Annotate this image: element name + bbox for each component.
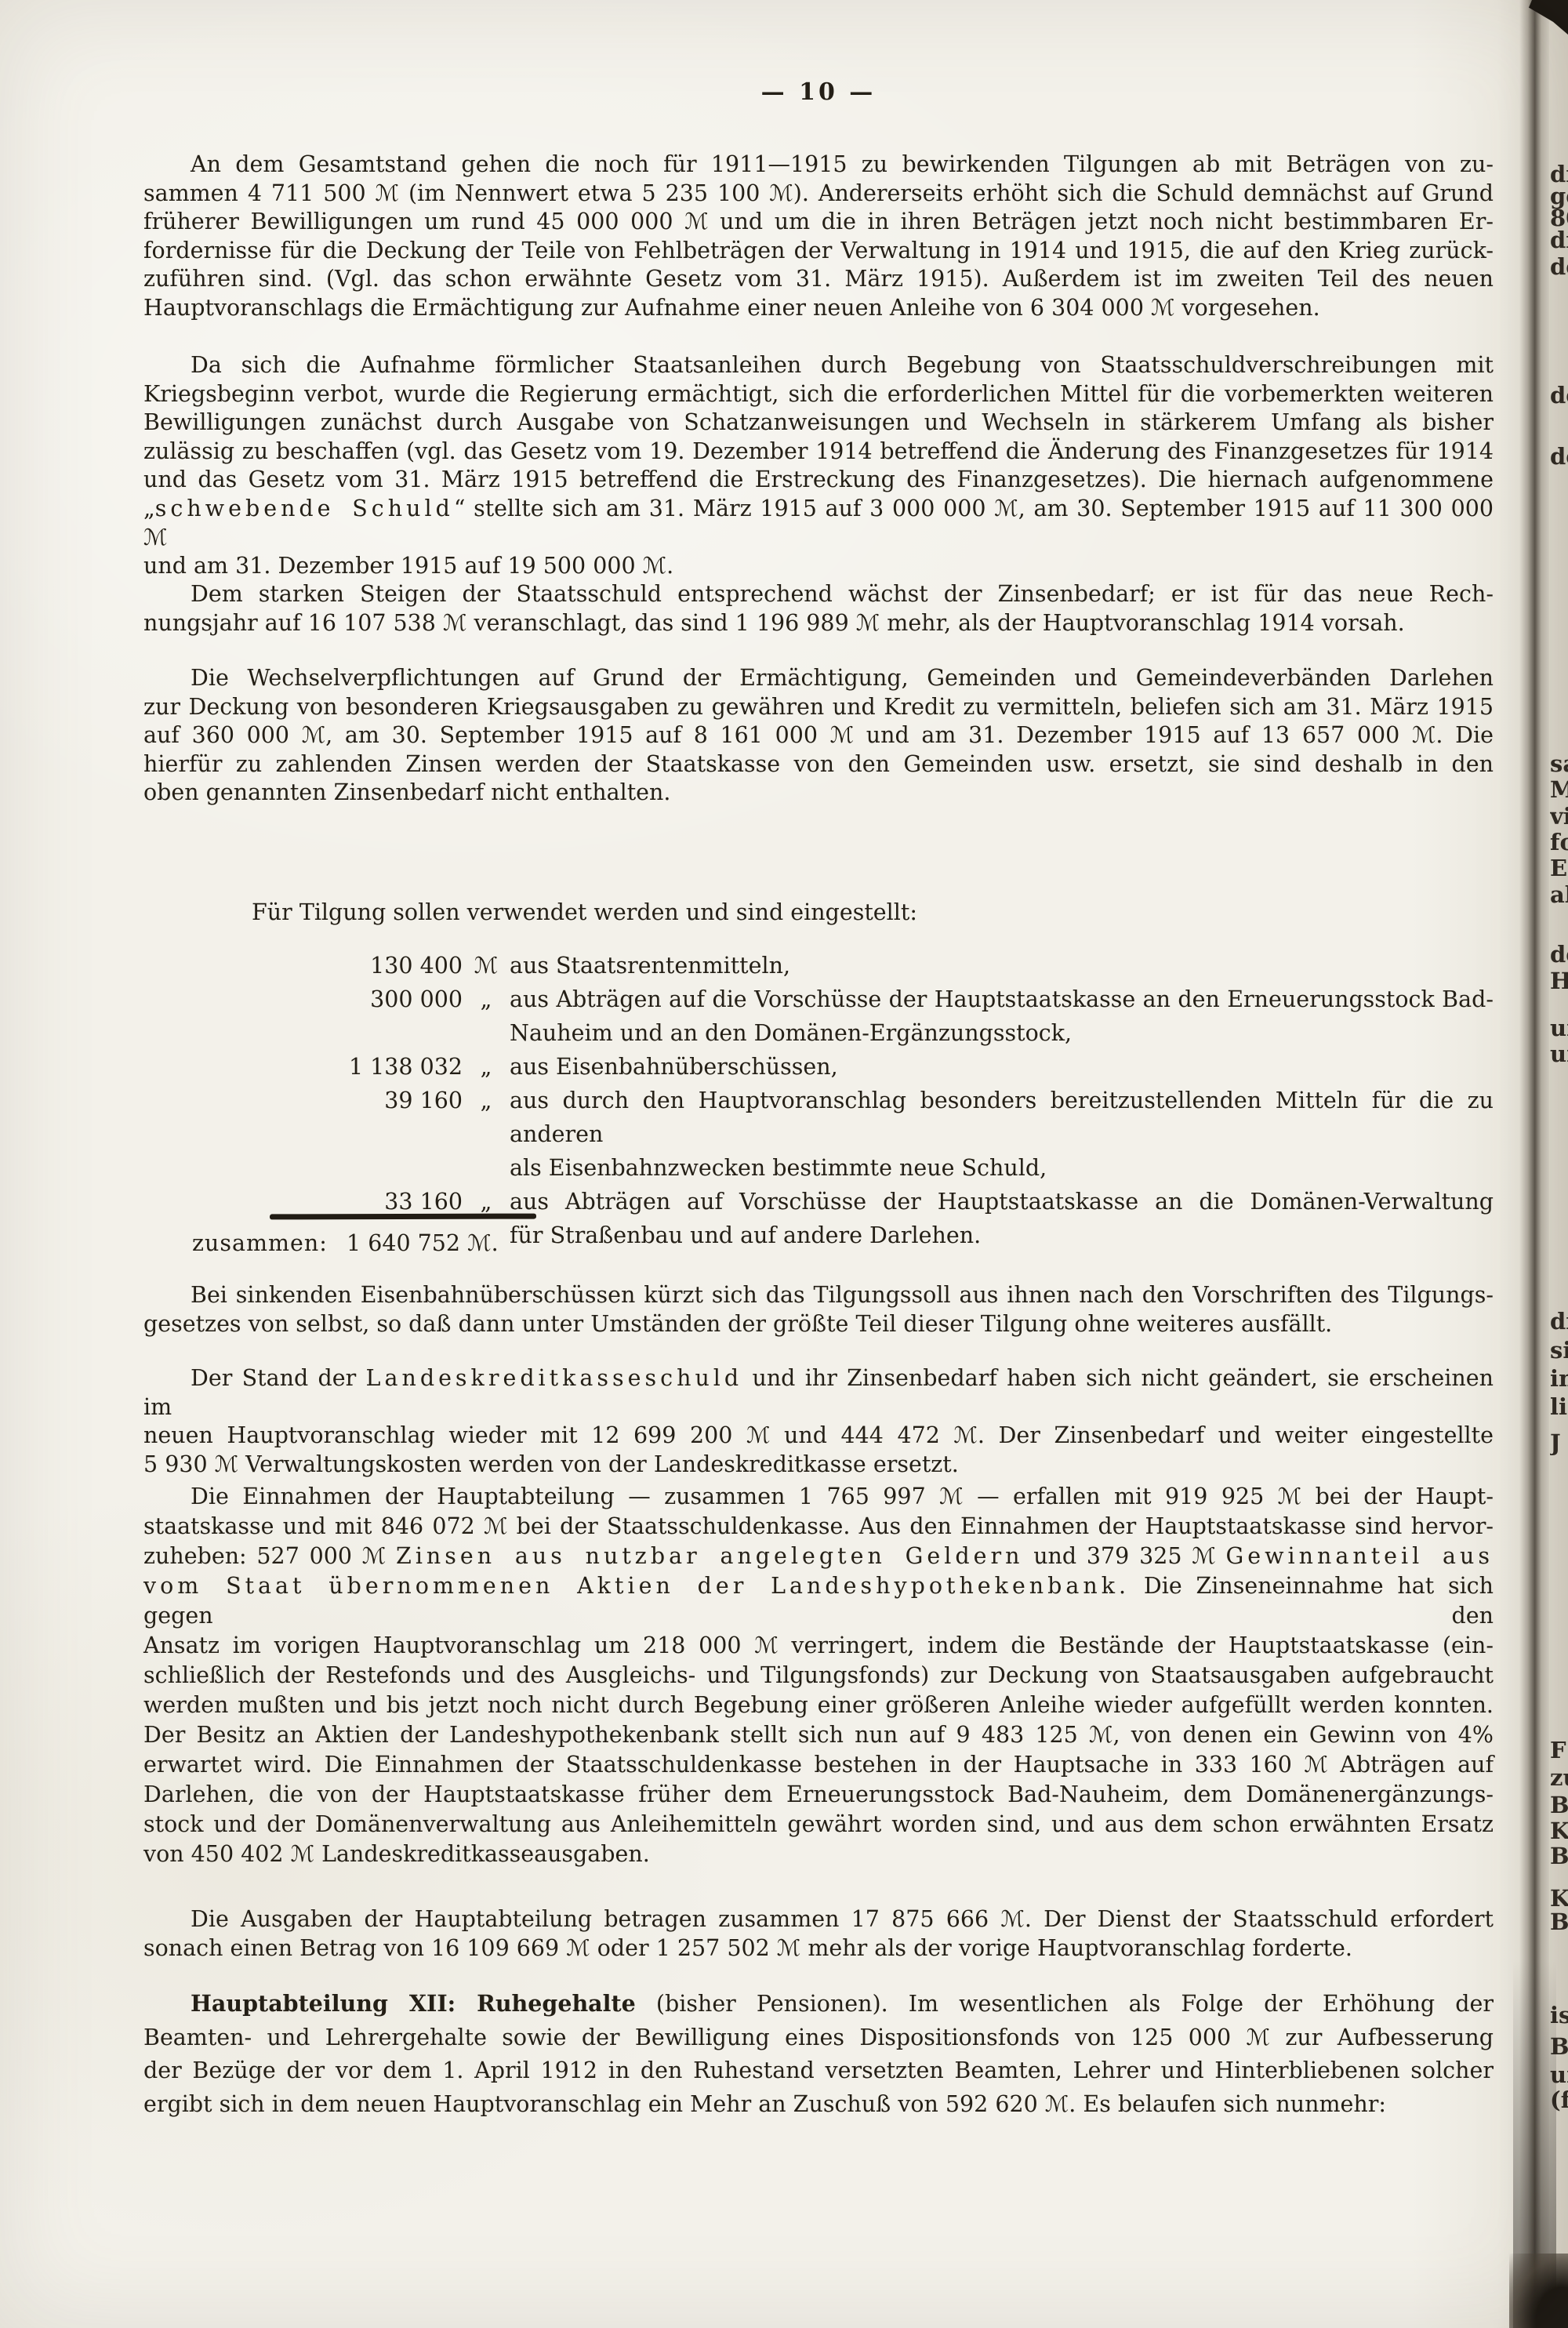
- tilgung-list-item: 1 138 032„aus Eisenbahnüberschüssen,: [143, 1050, 1494, 1084]
- edge-text-fragment: B: [1550, 1909, 1568, 1935]
- currency-mark: „: [463, 1084, 510, 1117]
- text-line: Für Tilgung sollen verwendet werden und …: [143, 899, 1494, 928]
- text-line: staatskasse und mit 846 072 ℳ bei der St…: [143, 1512, 1494, 1542]
- text-line: und am 31. Dezember 1915 auf 19 500 000 …: [143, 552, 1494, 581]
- text-line: aus Eisenbahnüberschüssen,: [510, 1050, 1494, 1084]
- text-line: aus Abträgen auf Vorschüsse der Hauptsta…: [510, 1185, 1494, 1218]
- text-line: schließlich der Restefonds und des Ausgl…: [143, 1661, 1494, 1691]
- text-line: gesetzes von selbst, so daß dann unter U…: [143, 1310, 1494, 1339]
- text-segment: An dem Gesamtstand gehen die noch für 19…: [191, 151, 1494, 177]
- text-segment: auf 360 000 ℳ, am 30. September 1915 auf…: [143, 722, 1494, 748]
- text-segment: erwartet wird. Die Einnahmen der Staatss…: [143, 1752, 1494, 1778]
- text-segment: Dem starken Steigen der Staatsschuld ent…: [191, 581, 1494, 607]
- text-line: aus durch den Hauptvoranschlag besonders…: [510, 1084, 1494, 1151]
- text-segment: früherer Bewilligungen um rund 45 000 00…: [143, 209, 1494, 234]
- text-segment: und am 31. Dezember 1915 auf 19 500 000 …: [143, 553, 673, 579]
- text-segment: aus Abträgen auf Vorschüsse der Hauptsta…: [510, 1189, 1494, 1215]
- emphasized-text: Landeskreditkasseschuld: [366, 1365, 743, 1391]
- text-line: Hauptvoranschlags die Ermächtigung zur A…: [143, 294, 1494, 323]
- amount: 1 138 032: [143, 1050, 463, 1084]
- text-line: ergibt sich in dem neuen Hauptvoranschla…: [143, 2088, 1494, 2122]
- text-line: zuführen sind. (Vgl. das schon erwähnte …: [143, 265, 1494, 294]
- paragraph-staatsanleihen: Da sich die Aufnahme förmlicher Staatsan…: [143, 351, 1494, 581]
- text-segment: aus Staatsrentenmitteln,: [510, 953, 790, 979]
- binding-ink-mark-bottom: [1509, 2254, 1568, 2328]
- edge-text-fragment: un: [1550, 2061, 1568, 2088]
- text-line: Der Stand der Landeskreditkasseschuld un…: [143, 1364, 1494, 1422]
- text-line: Bei sinkenden Eisenbahnüberschüssen kürz…: [143, 1281, 1494, 1310]
- emphasized-text: Zinsen aus nutzbar angelegten Geldern: [396, 1543, 1023, 1569]
- amount: 39 160: [143, 1084, 463, 1117]
- emphasized-text: vom Staat übernommenen Aktien der Landes…: [143, 1573, 1130, 1599]
- text-line: Die Wechselverpflichtungen auf Grund der…: [143, 664, 1494, 693]
- text-segment: schließlich der Restefonds und des Ausgl…: [143, 1662, 1494, 1688]
- text-line: An dem Gesamtstand gehen die noch für 19…: [143, 151, 1494, 180]
- item-text: aus durch den Hauptvoranschlag besonders…: [510, 1084, 1494, 1185]
- text-segment: Nauheim und an den Domänen-Ergänzungssto…: [510, 1020, 1072, 1046]
- edge-text-fragment: de: [1550, 941, 1568, 968]
- item-text: aus Eisenbahnüberschüssen,: [510, 1050, 1494, 1084]
- text-segment: zulässig zu beschaffen (vgl. das Gesetz …: [143, 438, 1494, 464]
- edge-text-fragment: B: [1550, 1792, 1568, 1818]
- text-line: Darlehen, die von der Hauptstaatskasse f…: [143, 1780, 1494, 1810]
- text-segment: Hauptvoranschlags die Ermächtigung zur A…: [143, 295, 1320, 321]
- text-segment: oben genannten Zinsenbedarf nicht enthal…: [143, 779, 670, 805]
- edge-text-fragment: al: [1550, 881, 1568, 908]
- text-segment: aus Eisenbahnüberschüssen,: [510, 1054, 838, 1080]
- text-line: Ansatz im vorigen Hauptvoranschlag um 21…: [143, 1631, 1494, 1661]
- text-segment: staatskasse und mit 846 072 ℳ bei der St…: [143, 1513, 1494, 1539]
- text-line: stock und der Domänenverwaltung aus Anle…: [143, 1810, 1494, 1840]
- text-segment: „: [143, 496, 155, 521]
- text-segment: Bei sinkenden Eisenbahnüberschüssen kürz…: [191, 1282, 1494, 1308]
- edge-text-fragment: de: [1550, 253, 1568, 280]
- text-segment: sammen 4 711 500 ℳ (im Nennwert etwa 5 2…: [143, 180, 1494, 206]
- tilgung-intro: Für Tilgung sollen verwendet werden und …: [143, 899, 1494, 928]
- edge-text-fragment: B: [1550, 1843, 1568, 1869]
- text-segment: fordernisse für die Deckung der Teile vo…: [143, 238, 1494, 263]
- text-segment: zuheben: 527 000 ℳ: [143, 1543, 396, 1569]
- text-segment: der Bezüge der vor dem 1. April 1912 in …: [143, 2057, 1494, 2083]
- text-segment: stock und der Domänenverwaltung aus Anle…: [143, 1811, 1494, 1837]
- amount: 130 400: [143, 949, 463, 982]
- text-segment: Ansatz im vorigen Hauptvoranschlag um 21…: [143, 1633, 1494, 1658]
- edge-text-fragment: M: [1550, 776, 1568, 803]
- text-line: sammen 4 711 500 ℳ (im Nennwert etwa 5 2…: [143, 180, 1494, 209]
- tilgung-total-row: zusammen: 1 640 752 ℳ.: [143, 1228, 1494, 1259]
- edge-text-fragment: F: [1550, 1737, 1568, 1763]
- edge-text-fragment: un: [1550, 1015, 1568, 1041]
- text-line: früherer Bewilligungen um rund 45 000 00…: [143, 208, 1494, 237]
- text-line: Die Einnahmen der Hauptabteilung — zusam…: [143, 1482, 1494, 1512]
- sum-rule: [270, 1214, 536, 1220]
- edge-text-fragment: (f: [1550, 2086, 1568, 2113]
- bold-text: Hauptabteilung XII: Ruhegehalte: [191, 1990, 636, 2017]
- text-segment: hierfür zu zahlenden Zinsen werden der S…: [143, 751, 1494, 777]
- paragraph-gesamtstand: An dem Gesamtstand gehen die noch für 19…: [143, 151, 1494, 323]
- text-segment: Der Stand der: [191, 1365, 366, 1391]
- text-line: und das Gesetz vom 31. März 1915 betreff…: [143, 466, 1494, 495]
- text-line: aus Staatsrentenmitteln,: [510, 949, 1494, 982]
- edge-text-fragment: di: [1550, 227, 1568, 253]
- tilgung-list-item: 130 400ℳaus Staatsrentenmitteln,: [143, 949, 1494, 982]
- text-segment: von 450 402 ℳ Landeskreditkasseausgaben.: [143, 1841, 650, 1867]
- text-segment: Bewilligungen zunächst durch Ausgabe von…: [143, 409, 1494, 435]
- text-line: hierfür zu zahlenden Zinsen werden der S…: [143, 750, 1494, 779]
- amount: 300 000: [143, 982, 463, 1016]
- text-line: 5 930 ℳ Verwaltungskosten werden von der…: [143, 1451, 1494, 1480]
- text-line: Kriegsbeginn verbot, wurde die Regierung…: [143, 380, 1494, 409]
- text-segment: als Eisenbahnzwecken bestimmte neue Schu…: [510, 1155, 1047, 1181]
- text-segment: zuführen sind. (Vgl. das schon erwähnte …: [143, 266, 1494, 292]
- edge-text-fragment: sa: [1550, 750, 1568, 777]
- text-segment: nungsjahr auf 16 107 538 ℳ veranschlagt,…: [143, 610, 1405, 636]
- text-line: erwartet wird. Die Einnahmen der Staatss…: [143, 1750, 1494, 1780]
- edge-text-fragment: K: [1550, 1818, 1568, 1844]
- text-segment: sonach einen Betrag von 16 109 669 ℳ ode…: [143, 1935, 1352, 1961]
- text-segment: Da sich die Aufnahme förmlicher Staatsan…: [191, 352, 1494, 378]
- paragraph-zinsenbedarf: Dem starken Steigen der Staatsschuld ent…: [143, 580, 1494, 637]
- tilgung-list: 130 400ℳaus Staatsrentenmitteln,300 000„…: [143, 949, 1494, 1252]
- item-text: aus Abträgen auf die Vorschüsse der Haup…: [510, 982, 1494, 1050]
- text-segment: aus durch den Hauptvoranschlag besonders…: [510, 1088, 1494, 1147]
- text-line: auf 360 000 ℳ, am 30. September 1915 auf…: [143, 721, 1494, 750]
- page-number: — 10 —: [143, 78, 1494, 106]
- edge-text-fragment: de: [1550, 443, 1568, 470]
- text-line: Bewilligungen zunächst durch Ausgabe von…: [143, 409, 1494, 438]
- text-segment: Die Wechselverpflichtungen auf Grund der…: [191, 665, 1494, 691]
- text-segment: ergibt sich in dem neuen Hauptvoranschla…: [143, 2091, 1386, 2117]
- edge-text-fragment: E: [1550, 855, 1568, 881]
- paragraph-ausgaben: Die Ausgaben der Hauptabteilung betragen…: [143, 1905, 1494, 1963]
- text-segment: 5 930 ℳ Verwaltungskosten werden von der…: [143, 1451, 959, 1477]
- page-fold-shadow: [1519, 0, 1549, 2328]
- text-segment: gesetzes von selbst, so daß dann unter U…: [143, 1311, 1332, 1337]
- edge-text-fragment: K: [1550, 1885, 1568, 1912]
- currency-mark: „: [463, 982, 510, 1016]
- text-segment: und 379 325 ℳ: [1023, 1543, 1225, 1569]
- text-line: zur Deckung von besonderen Kriegsausgabe…: [143, 693, 1494, 722]
- text-line: Der Besitz an Aktien der Landeshypotheke…: [143, 1720, 1494, 1750]
- text-segment: Für Tilgung sollen verwendet werden und …: [252, 899, 917, 925]
- text-segment: werden mußten und bis jetzt noch nicht d…: [143, 1692, 1494, 1718]
- paragraph-landeskreditkasse: Der Stand der Landeskreditkasseschuld un…: [143, 1364, 1494, 1479]
- edge-text-fragment: de: [1550, 382, 1568, 409]
- text-line: aus Abträgen auf die Vorschüsse der Haup…: [510, 982, 1494, 1016]
- text-line: fordernisse für die Deckung der Teile vo…: [143, 237, 1494, 266]
- text-line: von 450 402 ℳ Landeskreditkasseausgaben.: [143, 1840, 1494, 1869]
- edge-text-fragment: J: [1550, 1429, 1568, 1456]
- text-segment: Kriegsbeginn verbot, wurde die Regierung…: [143, 381, 1494, 407]
- total-label: zusammen:: [192, 1230, 328, 1256]
- paragraph-wechselverpflichtungen: Die Wechselverpflichtungen auf Grund der…: [143, 664, 1494, 808]
- edge-text-fragment: zu: [1550, 1764, 1568, 1791]
- total-amount: 1 640 752 ℳ.: [347, 1228, 499, 1259]
- text-segment: aus Abträgen auf die Vorschüsse der Haup…: [510, 986, 1494, 1012]
- tilgung-list-item: 39 160„aus durch den Hauptvoranschlag be…: [143, 1084, 1494, 1185]
- edge-text-fragment: un: [1550, 1041, 1568, 1067]
- tilgung-list-item: 300 000„aus Abträgen auf die Vorschüsse …: [143, 982, 1494, 1050]
- edge-text-fragment: ist: [1550, 2002, 1568, 2028]
- binding-ink-mark-top: [1529, 0, 1568, 38]
- text-segment: Der Besitz an Aktien der Landeshypotheke…: [143, 1722, 1494, 1748]
- text-line: oben genannten Zinsenbedarf nicht enthal…: [143, 779, 1494, 808]
- text-segment: und das Gesetz vom 31. März 1915 betreff…: [143, 467, 1494, 492]
- text-line: zuheben: 527 000 ℳ Zinsen aus nutzbar an…: [143, 1542, 1494, 1571]
- text-segment: Darlehen, die von der Hauptstaatskasse f…: [143, 1781, 1494, 1807]
- text-line: vom Staat übernommenen Aktien der Landes…: [143, 1571, 1494, 1631]
- text-segment: (bisher Pensionen). Im wesentlichen als …: [636, 1991, 1494, 2017]
- emphasized-text: schwebende Schuld: [155, 496, 454, 521]
- edge-text-fragment: in: [1550, 1365, 1568, 1392]
- text-line: zulässig zu beschaffen (vgl. das Gesetz …: [143, 438, 1494, 467]
- edge-text-fragment: B: [1550, 2033, 1568, 2060]
- text-segment: neuen Hauptvoranschlag wieder mit 12 699…: [143, 1422, 1494, 1448]
- text-line: werden mußten und bis jetzt noch nicht d…: [143, 1691, 1494, 1720]
- paragraph-hauptabteilung-xii: Hauptabteilung XII: Ruhegehalte (bisher …: [143, 1987, 1494, 2121]
- item-text: aus Staatsrentenmitteln,: [510, 949, 1494, 982]
- edge-text-fragment: si: [1550, 1337, 1568, 1364]
- edge-text-fragment: vi: [1550, 803, 1568, 830]
- paragraph-eisenbahnueberschuesse: Bei sinkenden Eisenbahnüberschüssen kürz…: [143, 1281, 1494, 1338]
- text-line: Da sich die Aufnahme förmlicher Staatsan…: [143, 351, 1494, 380]
- text-line: der Bezüge der vor dem 1. April 1912 in …: [143, 2054, 1494, 2088]
- text-line: Nauheim und an den Domänen-Ergänzungssto…: [510, 1016, 1494, 1050]
- text-line: sonach einen Betrag von 16 109 669 ℳ ode…: [143, 1934, 1494, 1963]
- text-segment: Die Einnahmen der Hauptabteilung — zusam…: [191, 1484, 1494, 1509]
- text-line: nungsjahr auf 16 107 538 ℳ veranschlagt,…: [143, 609, 1494, 638]
- currency-mark: ℳ: [463, 949, 510, 982]
- paragraph-einnahmen: Die Einnahmen der Hauptabteilung — zusam…: [143, 1482, 1494, 1869]
- text-line: Beamten- und Lehrergehalte sowie der Bew…: [143, 2021, 1494, 2055]
- text-line: Dem starken Steigen der Staatsschuld ent…: [143, 580, 1494, 609]
- text-line: Die Ausgaben der Hauptabteilung betragen…: [143, 1905, 1494, 1934]
- scanned-document-page: — 10 — An dem Gesamtstand gehen die noch…: [0, 0, 1568, 2328]
- text-line: neuen Hauptvoranschlag wieder mit 12 699…: [143, 1422, 1494, 1451]
- currency-mark: „: [463, 1050, 510, 1084]
- text-line: „schwebende Schuld“ stellte sich am 31. …: [143, 495, 1494, 552]
- edge-text-fragment: li: [1550, 1393, 1568, 1420]
- edge-text-fragment: fo: [1550, 829, 1568, 855]
- text-line: als Eisenbahnzwecken bestimmte neue Schu…: [510, 1151, 1494, 1185]
- text-line: Hauptabteilung XII: Ruhegehalte (bisher …: [143, 1987, 1494, 2021]
- text-segment: Beamten- und Lehrergehalte sowie der Bew…: [143, 2025, 1494, 2050]
- edge-text-fragment: di: [1550, 1308, 1568, 1335]
- text-segment: Die Ausgaben der Hauptabteilung betragen…: [191, 1906, 1494, 1932]
- text-segment: zur Deckung von besonderen Kriegsausgabe…: [143, 694, 1494, 720]
- edge-text-fragment: H: [1550, 968, 1568, 994]
- emphasized-text: Gewinnanteil aus: [1226, 1543, 1494, 1569]
